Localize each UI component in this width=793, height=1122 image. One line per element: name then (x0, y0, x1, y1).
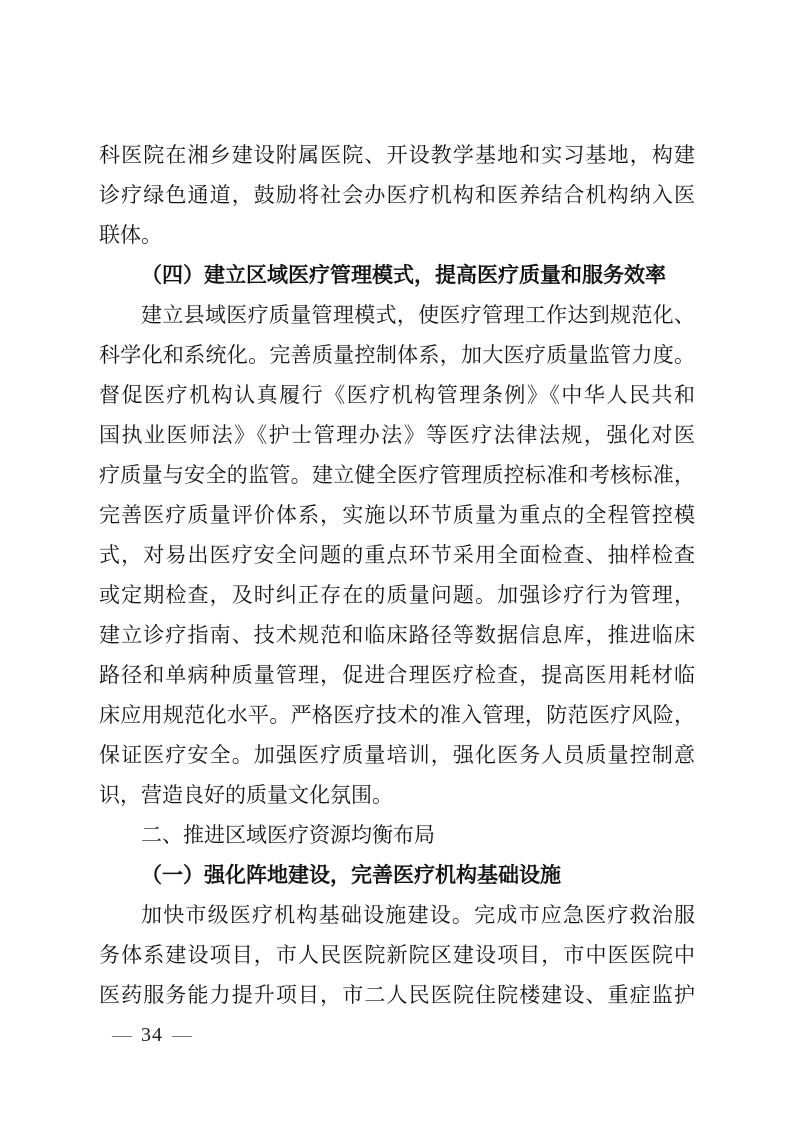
body-paragraph-infrastructure: 加快市级医疗机构基础设施建设。完成市应急医疗救治服 务体系建设项目，市人民医院新… (99, 896, 695, 1016)
text-line: 疗质量与安全的监管。建立健全医疗管理质控标准和考核标准， (99, 456, 695, 496)
text-line: 督促医疗机构认真履行《医疗机构管理条例》《中华人民共和 (99, 376, 695, 416)
text-line: 或定期检查，及时纠正存在的质量问题。加强诊疗行为管理， (99, 576, 695, 616)
section-heading-si: （四）建立区域医疗管理模式，提高医疗质量和服务效率 (99, 256, 695, 296)
text-line: 建立县域医疗质量管理模式，使医疗管理工作达到规范化、 (99, 296, 695, 336)
text-line: 建立诊疗指南、技术规范和临床路径等数据信息库，推进临床 (99, 616, 695, 656)
page-number: 34 (141, 1024, 163, 1046)
text-line: 务体系建设项目，市人民医院新院区建设项目，市中医医院中 (99, 936, 695, 976)
heading-line: 二、推进区域医疗资源均衡布局 (99, 816, 695, 856)
text-line: 科学化和系统化。完善质量控制体系，加大医疗质量监管力度。 (99, 336, 695, 376)
footer-left-dash: — (112, 1024, 132, 1046)
text-line: 路径和单病种质量管理，促进合理医疗检查，提高医用耗材临 (99, 656, 695, 696)
text-line: 国执业医师法》《护士管理办法》等医疗法律法规，强化对医 (99, 416, 695, 456)
text-line: 科医院在湘乡建设附属医院、开设教学基地和实习基地，构建 (99, 136, 695, 176)
document-body: 科医院在湘乡建设附属医院、开设教学基地和实习基地，构建 诊疗绿色通道，鼓励将社会… (99, 136, 695, 1016)
section-heading-yi: （一）强化阵地建设，完善医疗机构基础设施 (99, 856, 695, 896)
body-paragraph-quality-management: 建立县域医疗质量管理模式，使医疗管理工作达到规范化、 科学化和系统化。完善质量控… (99, 296, 695, 816)
page-number-footer: —34— (112, 1021, 192, 1049)
heading-line: （四）建立区域医疗管理模式，提高医疗质量和服务效率 (99, 256, 695, 296)
text-line: 床应用规范化水平。严格医疗技术的准入管理，防范医疗风险， (99, 696, 695, 736)
text-line: 诊疗绿色通道，鼓励将社会办医疗机构和医养结合机构纳入医 (99, 176, 695, 216)
text-line: 加快市级医疗机构基础设施建设。完成市应急医疗救治服 (99, 896, 695, 936)
text-line: 医药服务能力提升项目，市二人民医院住院楼建设、重症监护 (99, 976, 695, 1016)
footer-right-dash: — (172, 1024, 192, 1046)
paragraph-continuation: 科医院在湘乡建设附属医院、开设教学基地和实习基地，构建 诊疗绿色通道，鼓励将社会… (99, 136, 695, 256)
text-line: 识，营造良好的质量文化氛围。 (99, 776, 695, 816)
heading-line: （一）强化阵地建设，完善医疗机构基础设施 (99, 856, 695, 896)
section-heading-er: 二、推进区域医疗资源均衡布局 (99, 816, 695, 856)
document-page: 科医院在湘乡建设附属医院、开设教学基地和实习基地，构建 诊疗绿色通道，鼓励将社会… (0, 0, 793, 1122)
text-line: 完善医疗质量评价体系，实施以环节质量为重点的全程管控模 (99, 496, 695, 536)
text-line: 式，对易出医疗安全问题的重点环节采用全面检查、抽样检查 (99, 536, 695, 576)
text-line: 联体。 (99, 216, 695, 256)
text-line: 保证医疗安全。加强医疗质量培训，强化医务人员质量控制意 (99, 736, 695, 776)
